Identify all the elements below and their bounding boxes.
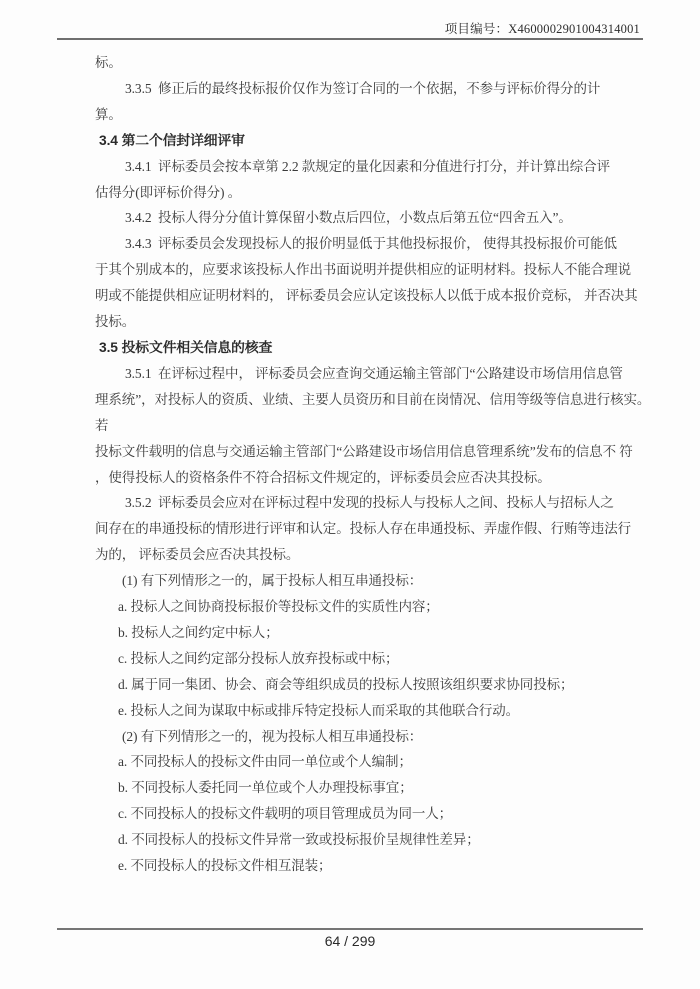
text-line: 于其个别成本的，应要求该投标人作出书面说明并提供相应的证明材料。投标人不能合理说 <box>95 257 651 283</box>
text-line: 为的， 评标委员会应否决其投标。 <box>95 542 651 568</box>
text-line: c. 投标人之间约定部分投标人放弃投标或中标； <box>95 646 651 672</box>
text-line: e. 不同投标人的投标文件相互混装； <box>95 853 651 879</box>
text-line: a. 不同投标人的投标文件由同一单位或个人编制； <box>95 749 651 775</box>
document-body: 标。3.3.5 修正后的最终投标报价仅作为签订合同的一个依据，不参与评标价得分的… <box>95 50 651 879</box>
footer-rule <box>57 928 643 930</box>
text-line: c. 不同投标人的投标文件载明的项目管理成员为同一人； <box>95 801 651 827</box>
text-line: d. 属于同一集团、协会、商会等组织成员的投标人按照该组织要求协同投标； <box>95 672 651 698</box>
text-line: e. 投标人之间为谋取中标或排斥特定投标人而采取的其他联合行动。 <box>95 698 651 724</box>
text-line: 间存在的串通投标的情形进行评审和认定。投标人存在串通投标、弄虚作假、行贿等违法行 <box>95 516 651 542</box>
text-line: d. 不同投标人的投标文件异常一致或投标报价呈规律性差异； <box>95 827 651 853</box>
page-header: 项目编号：X4600002901004314001 <box>57 0 643 40</box>
text-line: 3.4.1 评标委员会按本章第 2.2 款规定的量化因素和分值进行打分，并计算出… <box>95 154 651 180</box>
project-number: 项目编号：X4600002901004314001 <box>445 19 640 37</box>
text-line: 3.5.1 在评标过程中， 评标委员会应查询交通运输主管部门“公路建设市场信用信… <box>95 361 651 387</box>
text-line: 理系统”，对投标人的资质、业绩、主要人员资历和目前在岗情况、信用等级等信息进行核… <box>95 387 651 439</box>
text-line: 投标。 <box>95 309 651 335</box>
text-line: 算。 <box>95 102 651 128</box>
text-line: 3.5.2 评标委员会应对在评标过程中发现的投标人与投标人之间、投标人与招标人之 <box>95 490 651 516</box>
section-heading: 3.4 第二个信封详细评审 <box>95 128 651 154</box>
text-line: (2) 有下列情形之一的，视为投标人相互串通投标： <box>95 724 651 750</box>
text-line: a. 投标人之间协商投标报价等投标文件的实质性内容； <box>95 594 651 620</box>
text-line: 标。 <box>95 50 651 76</box>
text-line: 3.3.5 修正后的最终投标报价仅作为签订合同的一个依据，不参与评标价得分的计 <box>95 76 651 102</box>
text-line: 投标文件载明的信息与交通运输主管部门“公路建设市场信用信息管理系统”发布的信息不… <box>95 439 651 465</box>
text-line: 估得分(即评标价得分) 。 <box>95 180 651 206</box>
text-line: 明或不能提供相应证明材料的， 评标委员会应认定该投标人以低于成本报价竞标， 并否… <box>95 283 651 309</box>
text-line: b. 投标人之间约定中标人； <box>95 620 651 646</box>
text-line: b. 不同投标人委托同一单位或个人办理投标事宜； <box>95 775 651 801</box>
document-page: 项目编号：X4600002901004314001 标。3.3.5 修正后的最终… <box>0 0 700 989</box>
text-line: ，使得投标人的资格条件不符合招标文件规定的，评标委员会应否决其投标。 <box>95 465 651 491</box>
section-heading: 3.5 投标文件相关信息的核查 <box>95 335 651 361</box>
text-line: 3.4.3 评标委员会发现投标人的报价明显低于其他投标报价， 使得其投标报价可能… <box>95 231 651 257</box>
text-line: 3.4.2 投标人得分分值计算保留小数点后四位，小数点后第五位“四舍五入”。 <box>95 205 651 231</box>
page-number: 64 / 299 <box>0 933 700 949</box>
text-line: (1) 有下列情形之一的，属于投标人相互串通投标： <box>95 568 651 594</box>
